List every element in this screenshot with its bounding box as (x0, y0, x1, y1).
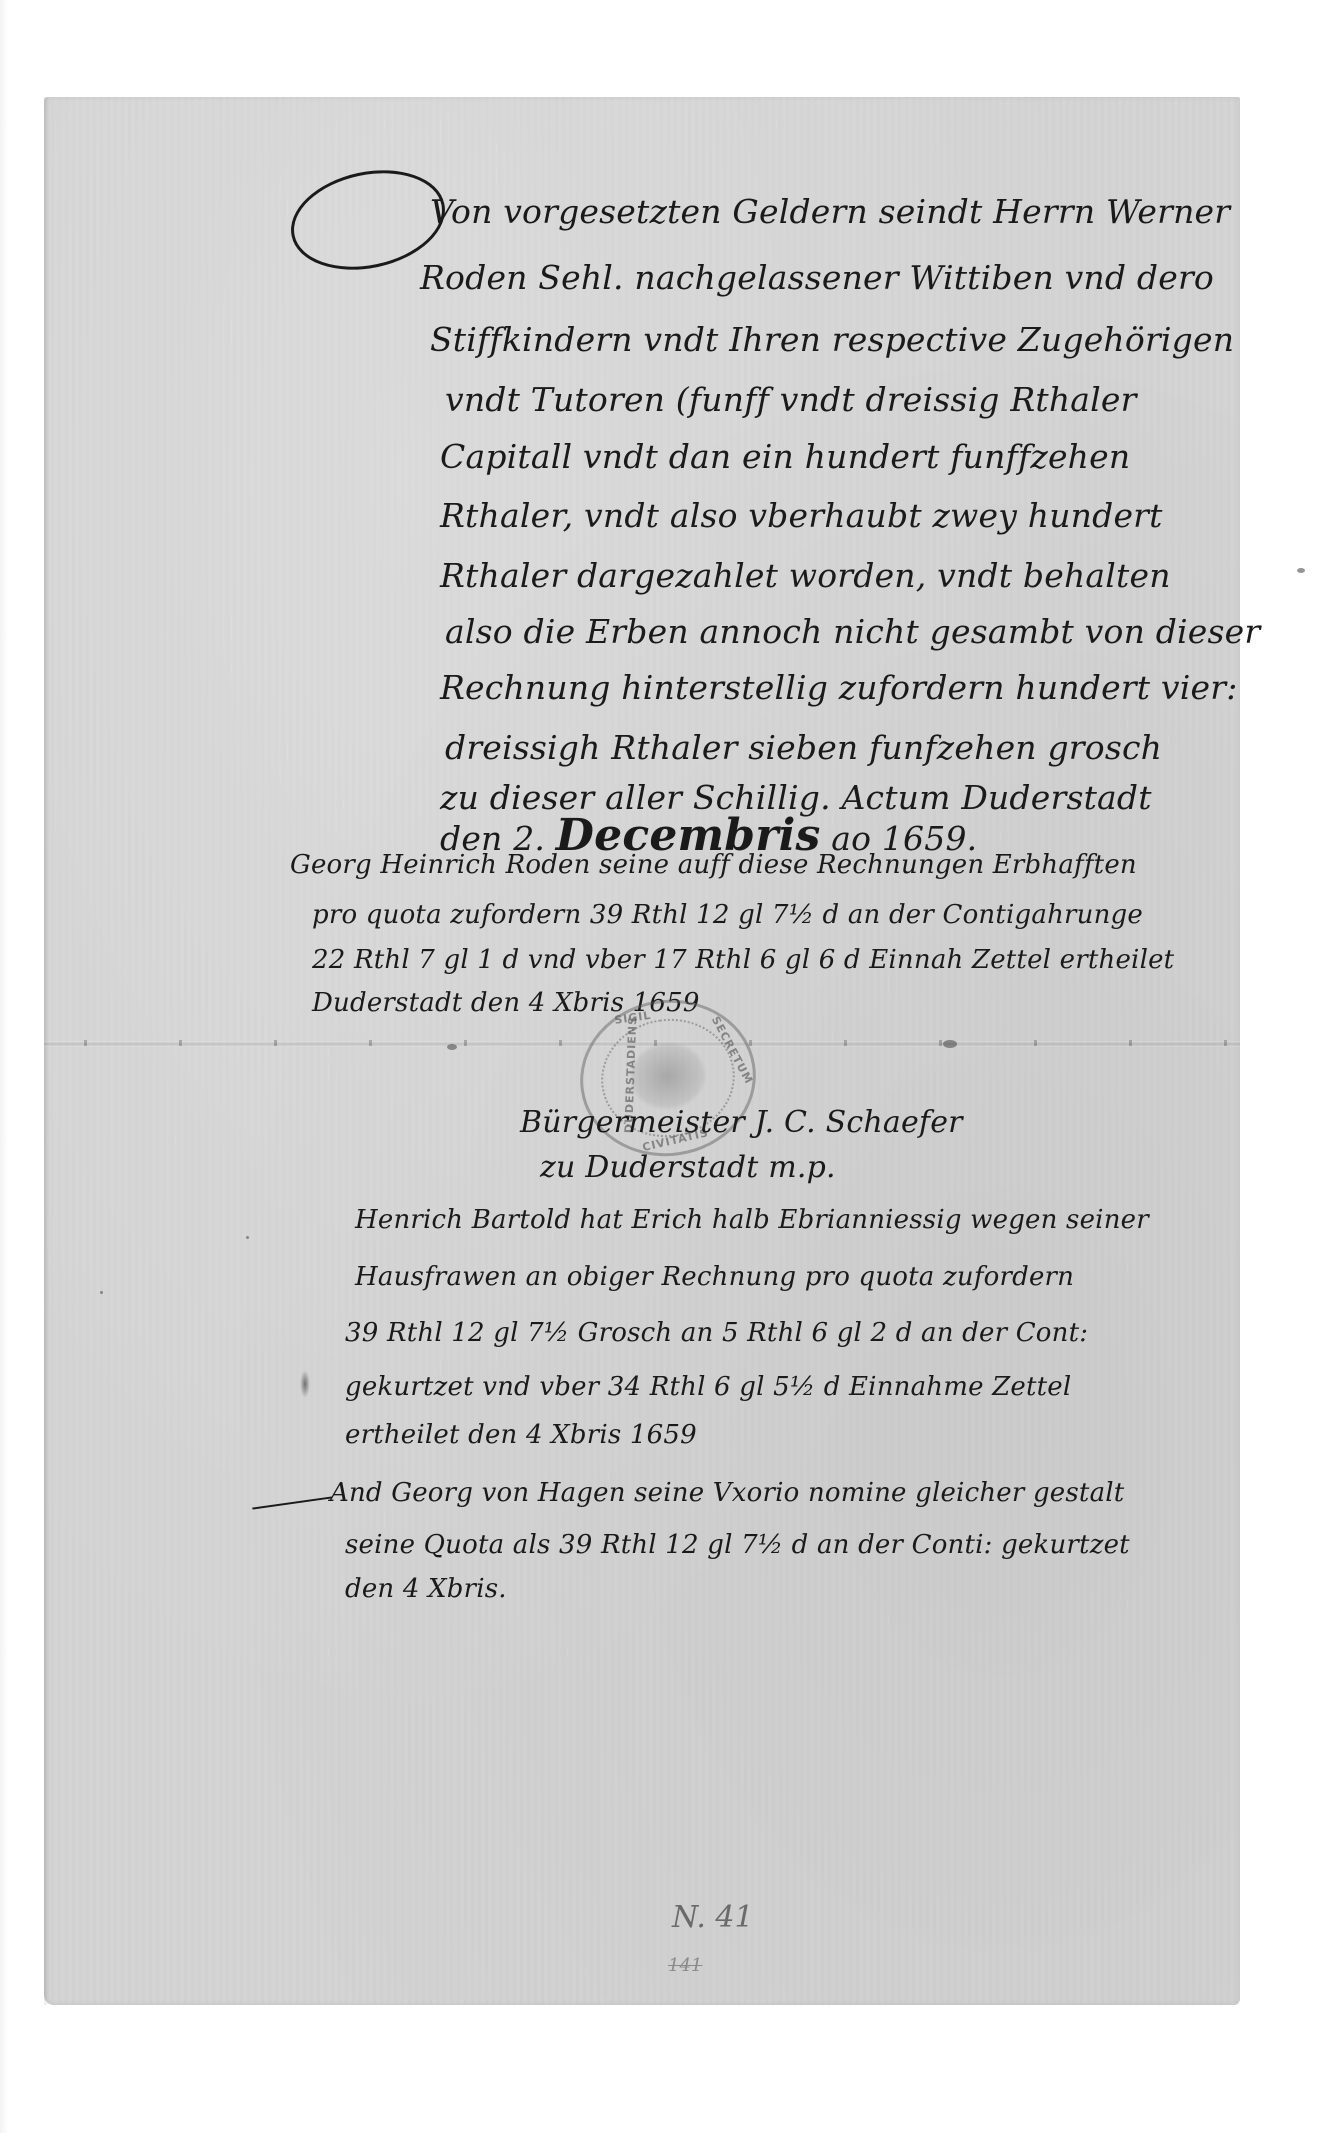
paragraph-1-line: Von vorgesetzten Geldern seindt Herrn We… (430, 192, 1230, 231)
paragraph-2-line: pro quota zufordern 39 Rthl 12 gl 7½ d a… (312, 900, 1143, 930)
paragraph-1-line: Stiffkindern vndt Ihren respective Zugeh… (430, 320, 1234, 359)
paragraph-1-line: Rechnung hinterstellig zufordern hundert… (440, 668, 1238, 707)
paragraph-1-line: Roden Sehl. nachgelassener Wittiben vnd … (420, 258, 1214, 297)
signature-name: Bürgermeister J. C. Schaefer (520, 1105, 963, 1140)
paragraph-3-line: gekurtzet vnd vber 34 Rthl 6 gl 5½ d Ein… (345, 1372, 1071, 1402)
paper-speck (943, 1040, 957, 1048)
paragraph-1-line: also die Erben annoch nicht gesambt von … (445, 612, 1260, 651)
archive-number-secondary: 141 (668, 1955, 702, 1976)
paragraph-3-line: ertheilet den 4 Xbris 1659 (345, 1420, 697, 1450)
signature-place: zu Duderstadt m.p. (540, 1150, 836, 1185)
paper-speck (447, 1044, 457, 1050)
scan-artifact (1297, 568, 1305, 573)
ink-blot (300, 1370, 310, 1398)
paragraph-2-line: 22 Rthl 7 gl 1 d vnd vber 17 Rthl 6 gl 6… (312, 945, 1174, 975)
paragraph-2-line: Georg Heinrich Roden seine auff diese Re… (290, 850, 1137, 880)
paper-edge (44, 97, 50, 2005)
paragraph-4-line: den 4 Xbris. (345, 1574, 507, 1604)
paragraph-1-line: dreissigh Rthaler sieben funfzehen grosc… (445, 728, 1162, 767)
paragraph-1-line: Capitall vndt dan ein hundert funffzehen (440, 437, 1130, 476)
paragraph-4-line: And Georg von Hagen seine Vxorio nomine … (330, 1478, 1124, 1508)
paragraph-3-line: Hausfrawen an obiger Rechnung pro quota … (355, 1262, 1074, 1292)
archive-number: N. 41 (672, 1900, 754, 1935)
scan-border (0, 0, 8, 2133)
paragraph-3-line: 39 Rthl 12 gl 7½ Grosch an 5 Rthl 6 gl 2… (345, 1318, 1088, 1348)
paragraph-1-line: Rthaler dargezahlet worden, vndt behalte… (440, 556, 1171, 595)
paragraph-4-line: seine Quota als 39 Rthl 12 gl 7½ d an de… (345, 1530, 1130, 1560)
paragraph-1-line: Rthaler, vndt also vberhaubt zwey hunder… (440, 496, 1163, 535)
paragraph-1-line: vndt Tutoren (funff vndt dreissig Rthale… (445, 380, 1137, 419)
paper-speck (100, 1291, 103, 1294)
paragraph-3-line: Henrich Bartold hat Erich halb Ebriannie… (355, 1205, 1149, 1235)
paper-speck (246, 1236, 249, 1239)
